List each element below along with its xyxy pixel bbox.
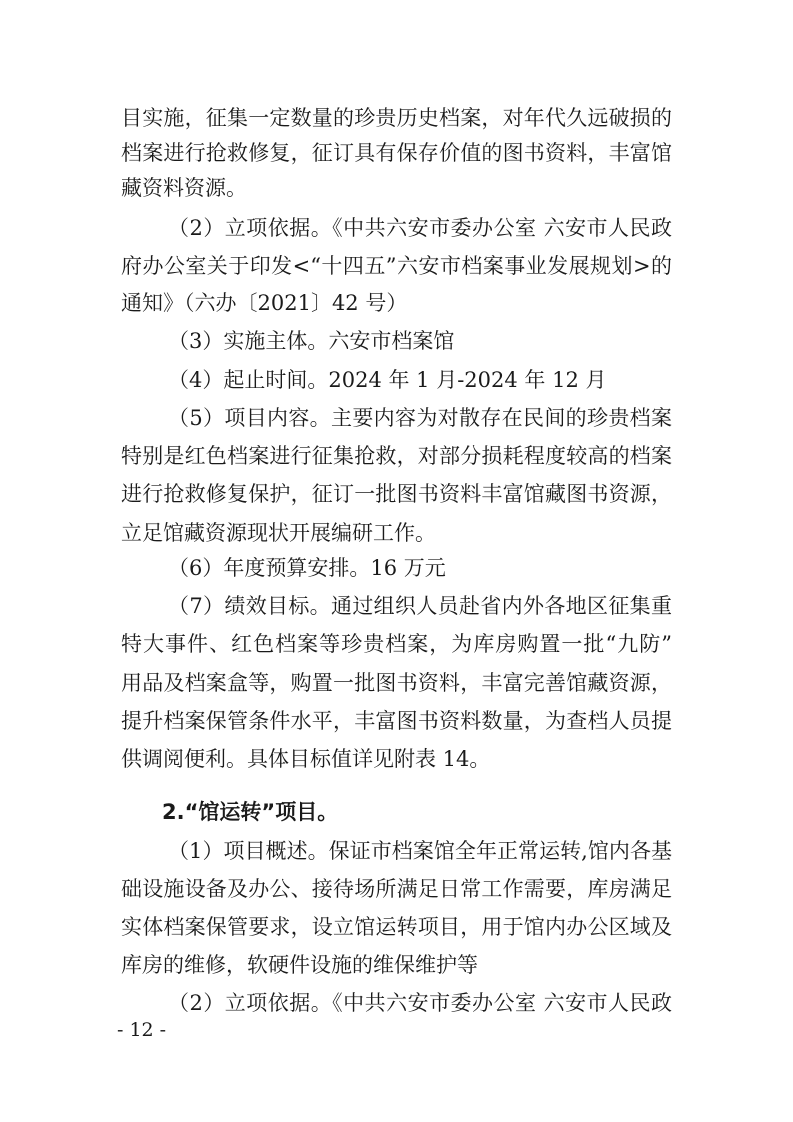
- document-page: 目实施，征集一定数量的珍贵历史档案，对年代久远破损的 档案进行抢救修复，征订具有…: [0, 0, 793, 1122]
- body-text-line: 特大事件、红色档案等珍贵档案，为库房购置一批“九防”: [121, 630, 672, 658]
- body-text-line: 供调阅便利。具体目标值详见附表 14。: [121, 745, 672, 773]
- body-text-line: 实体档案保管要求，设立馆运转项目，用于馆内办公区域及: [121, 913, 672, 941]
- item-3-implementer: （3）实施主体。六安市档案馆: [168, 327, 672, 355]
- body-text-line: 通知》（六办〔2021〕42 号）: [121, 289, 672, 317]
- body-text-line: 础设施设备及办公、接待场所满足日常工作需要，库房满足: [121, 875, 672, 903]
- body-text-line: 立足馆藏资源现状开展编研工作。: [121, 519, 672, 547]
- item-7-goals-line: （7）绩效目标。通过组织人员赴省内外各地区征集重: [168, 592, 672, 620]
- item-2-basis-line: （2）立项依据。《中共六安市委办公室 六安市人民政: [168, 989, 672, 1017]
- body-text-line: 库房的维修，软硬件设施的维保维护等: [121, 951, 672, 979]
- page-number: - 12 -: [117, 1016, 166, 1044]
- body-text-line: 特别是红色档案进行征集抢救，对部分损耗程度较高的档案: [121, 442, 672, 470]
- body-text-line: 藏资料资源。: [121, 174, 672, 202]
- body-text-line: 进行抢救修复保护，征订一批图书资料丰富馆藏图书资源，: [121, 480, 672, 508]
- body-text-line: 目实施，征集一定数量的珍贵历史档案，对年代久远破损的: [121, 104, 672, 132]
- body-text-line: 提升档案保管条件水平，丰富图书资料数量，为查档人员提: [121, 707, 672, 735]
- item-5-content-line: （5）项目内容。主要内容为对散存在民间的珍贵档案: [168, 404, 672, 432]
- body-text-line: 用品及档案盒等，购置一批图书资料，丰富完善馆藏资源，: [121, 669, 672, 697]
- section-heading: 2.“馆运转”项目。: [162, 798, 713, 826]
- item-1-overview-line: （1）项目概述。保证市档案馆全年正常运转,馆内各基: [168, 837, 672, 865]
- item-6-budget: （6）年度预算安排。16 万元: [168, 554, 672, 582]
- item-2-basis-line: （2）立项依据。《中共六安市委办公室 六安市人民政: [168, 214, 672, 242]
- body-text-line: 府办公室关于印发<“十四五”六安市档案事业发展规划>的: [121, 252, 672, 280]
- body-text-line: 档案进行抢救修复，征订具有保存价值的图书资料，丰富馆: [121, 139, 672, 167]
- item-4-period: （4）起止时间。2024 年 1 月-2024 年 12 月: [168, 366, 672, 394]
